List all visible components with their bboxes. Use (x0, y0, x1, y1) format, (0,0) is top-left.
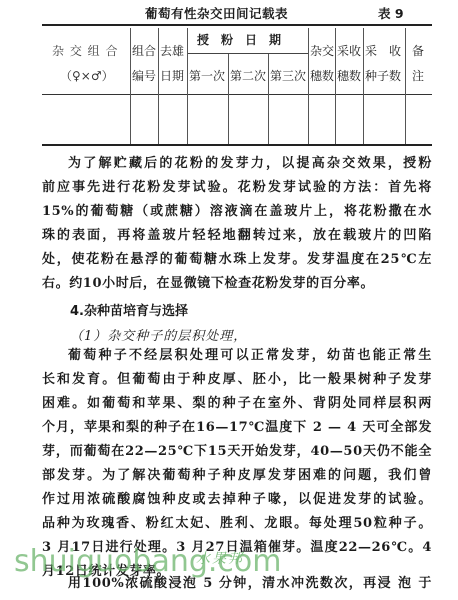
header-group-no-2: 编号 (132, 69, 156, 83)
text-line: 珠的表面，再将盖玻片轻轻地翻转过来，放在载玻片的凹陷 (42, 224, 432, 248)
header-pollination-2: 第二次 (230, 69, 266, 83)
header-emasculation-2: 日期 (160, 69, 184, 83)
text-line: 长和发育。但葡萄由于种皮厚、胚小，比一般果树种子发芽 (42, 368, 432, 392)
header-pollination-1: 第一次 (189, 69, 225, 83)
column-divider (130, 28, 131, 144)
text-line: 处，使花粉在悬浮的葡萄糖水珠上发芽。发芽温度在25℃左 (42, 248, 432, 272)
column-divider (363, 28, 364, 144)
column-divider (268, 54, 269, 144)
header-cross-combo-symbols: （♀×♂） (60, 69, 114, 83)
text-line: 葡萄种子不经层积处理可以正常发芽，幼苗也能正常生 (42, 344, 432, 368)
column-divider (405, 28, 406, 144)
table-bottom-rule (42, 144, 432, 146)
text-line: 作过用浓硫酸腐蚀种皮或去掉种子喙，以促进发芽的试验。 (42, 488, 432, 512)
table-number: 表 9 (378, 4, 404, 22)
header-remarks-2: 注 (412, 69, 424, 83)
column-divider (335, 28, 336, 144)
text-line: 部发芽。为了解决葡萄种子种皮厚发芽困难的问题，我们曾 (42, 464, 432, 488)
header-cross-spikes: 杂交 (310, 44, 334, 58)
subsection-heading: （1）杂交种子的层积处理， (70, 325, 247, 344)
field-record-table: 杂 交 组 合 （♀×♂） 组合 编号 去雄 日期 授 粉 日 期 第一次 第二… (42, 24, 432, 146)
watermark-chinese: 水果邦 (196, 548, 244, 568)
header-cross-spikes-2: 穗数 (310, 69, 334, 83)
header-pollination-3: 第三次 (270, 69, 306, 83)
table-top-rule (42, 24, 432, 26)
header-pollination-date: 授 粉 日 期 (197, 33, 281, 47)
header-group-no: 组合 (132, 44, 156, 58)
column-divider (158, 28, 159, 144)
header-harvest-spikes: 采收 (337, 44, 361, 58)
text-line: 个月，苹果和梨的种子在16—17℃温度下 2 — 4 天可全部发 (42, 416, 432, 440)
table-header-rule (42, 94, 432, 95)
table-title: 葡萄有性杂交田间记载表 (145, 4, 288, 22)
section-heading: 4.杂种苗培育与选择 (70, 300, 188, 319)
scanned-book-page: 葡萄有性杂交田间记载表 表 9 杂 交 组 合 （♀×♂） 组合 编号 去雄 日… (0, 0, 458, 600)
column-divider (308, 28, 309, 144)
header-harvest-seeds: 采 收 (365, 44, 401, 58)
text-line: 15%的葡萄糖（或蔗糖）溶液滴在盖玻片上，将花粉撒在水 (42, 200, 432, 224)
paragraph-pollen-germination: 为了解贮藏后的花粉的发芽力，以提高杂交效果，授粉 前应事先进行花粉发芽试验。花粉… (42, 152, 432, 296)
table-caption: 葡萄有性杂交田间记载表 表 9 (0, 2, 458, 22)
text-line: 为了解贮藏后的花粉的发芽力，以提高杂交效果，授粉 (42, 152, 432, 176)
column-divider (187, 28, 188, 144)
header-remarks: 备 (412, 44, 424, 58)
column-divider (228, 54, 229, 144)
header-emasculation: 去雄 (160, 44, 184, 58)
text-line: 右。约10小时后，在显微镜下检查花粉发芽的百分率。 (42, 272, 432, 296)
pollination-subheader-rule (188, 53, 308, 54)
text-line: 品种为玫瑰香、粉红太妃、胜利、龙眼。每处理50粒种子。 (42, 512, 432, 536)
header-cross-combo: 杂 交 组 合 (52, 44, 118, 58)
text-line: 前应事先进行花粉发芽试验。花粉发芽试验的方法：首先将 (42, 176, 432, 200)
text-line: 困难。如葡萄和苹果、梨的种子在室外、背阴处同样层积两 (42, 392, 432, 416)
header-harvest-seeds-2: 种子数 (365, 69, 401, 83)
text-line: 芽，而葡萄在22—25℃下15天开始发芽，40—50天仍不能全 (42, 440, 432, 464)
header-harvest-spikes-2: 穗数 (337, 69, 361, 83)
